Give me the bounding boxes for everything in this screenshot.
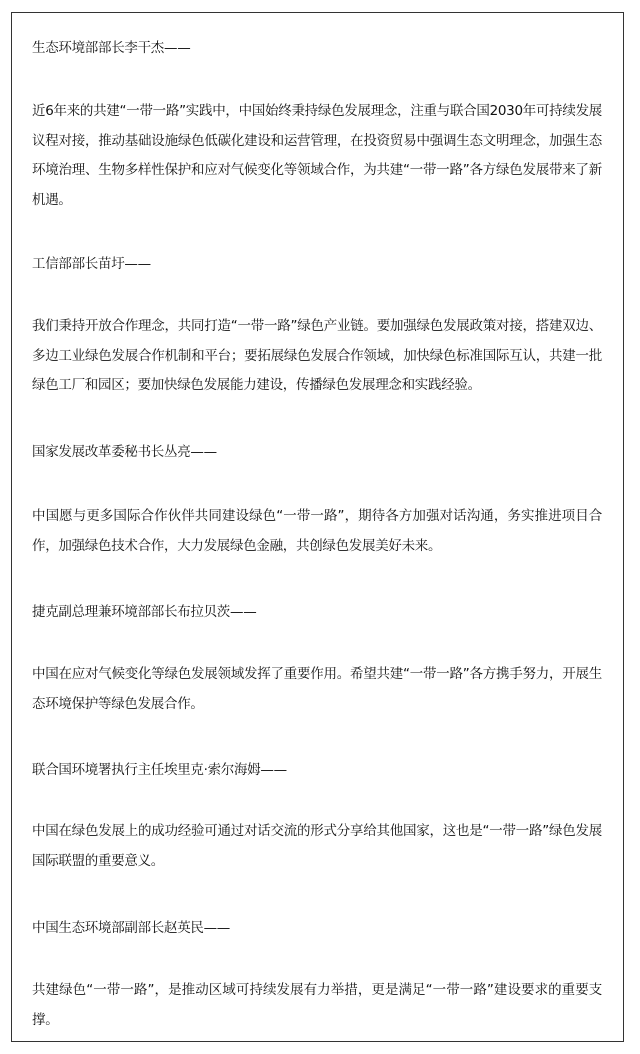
speaker-label: 国家发展改革委秘书长丛亮—— <box>32 442 602 462</box>
quote-text: 共建绿色“一带一路”，是推动区域可持续发展有力举措，更是满足“一带一路”建设要求… <box>32 976 602 1035</box>
quote-text: 中国愿与更多国际合作伙伴共同建设绿色“一带一路”，期待各方加强对话沟通，务实推进… <box>32 502 602 561</box>
quote-text: 近6年来的共建“一带一路”实践中，中国始终秉持绿色发展理念，注重与联合国2030… <box>32 97 602 215</box>
speaker-label: 捷克副总理兼环境部部长布拉贝茨—— <box>32 602 602 622</box>
speaker-label: 中国生态环境部副部长赵英民—— <box>32 918 602 938</box>
speaker-label: 联合国环境署执行主任埃里克·索尔海姆—— <box>32 760 602 780</box>
quote-text: 中国在绿色发展上的成功经验可通过对话交流的形式分享给其他国家，这也是“一带一路”… <box>32 817 602 876</box>
speaker-label: 工信部部长苗圩—— <box>32 254 602 274</box>
quote-text: 我们秉持开放合作理念，共同打造“一带一路”绿色产业链。要加强绿色发展政策对接，搭… <box>32 312 602 401</box>
quote-text: 中国在应对气候变化等绿色发展领域发挥了重要作用。希望共建“一带一路”各方携手努力… <box>32 660 602 719</box>
speaker-label: 生态环境部部长李干杰—— <box>32 38 602 58</box>
